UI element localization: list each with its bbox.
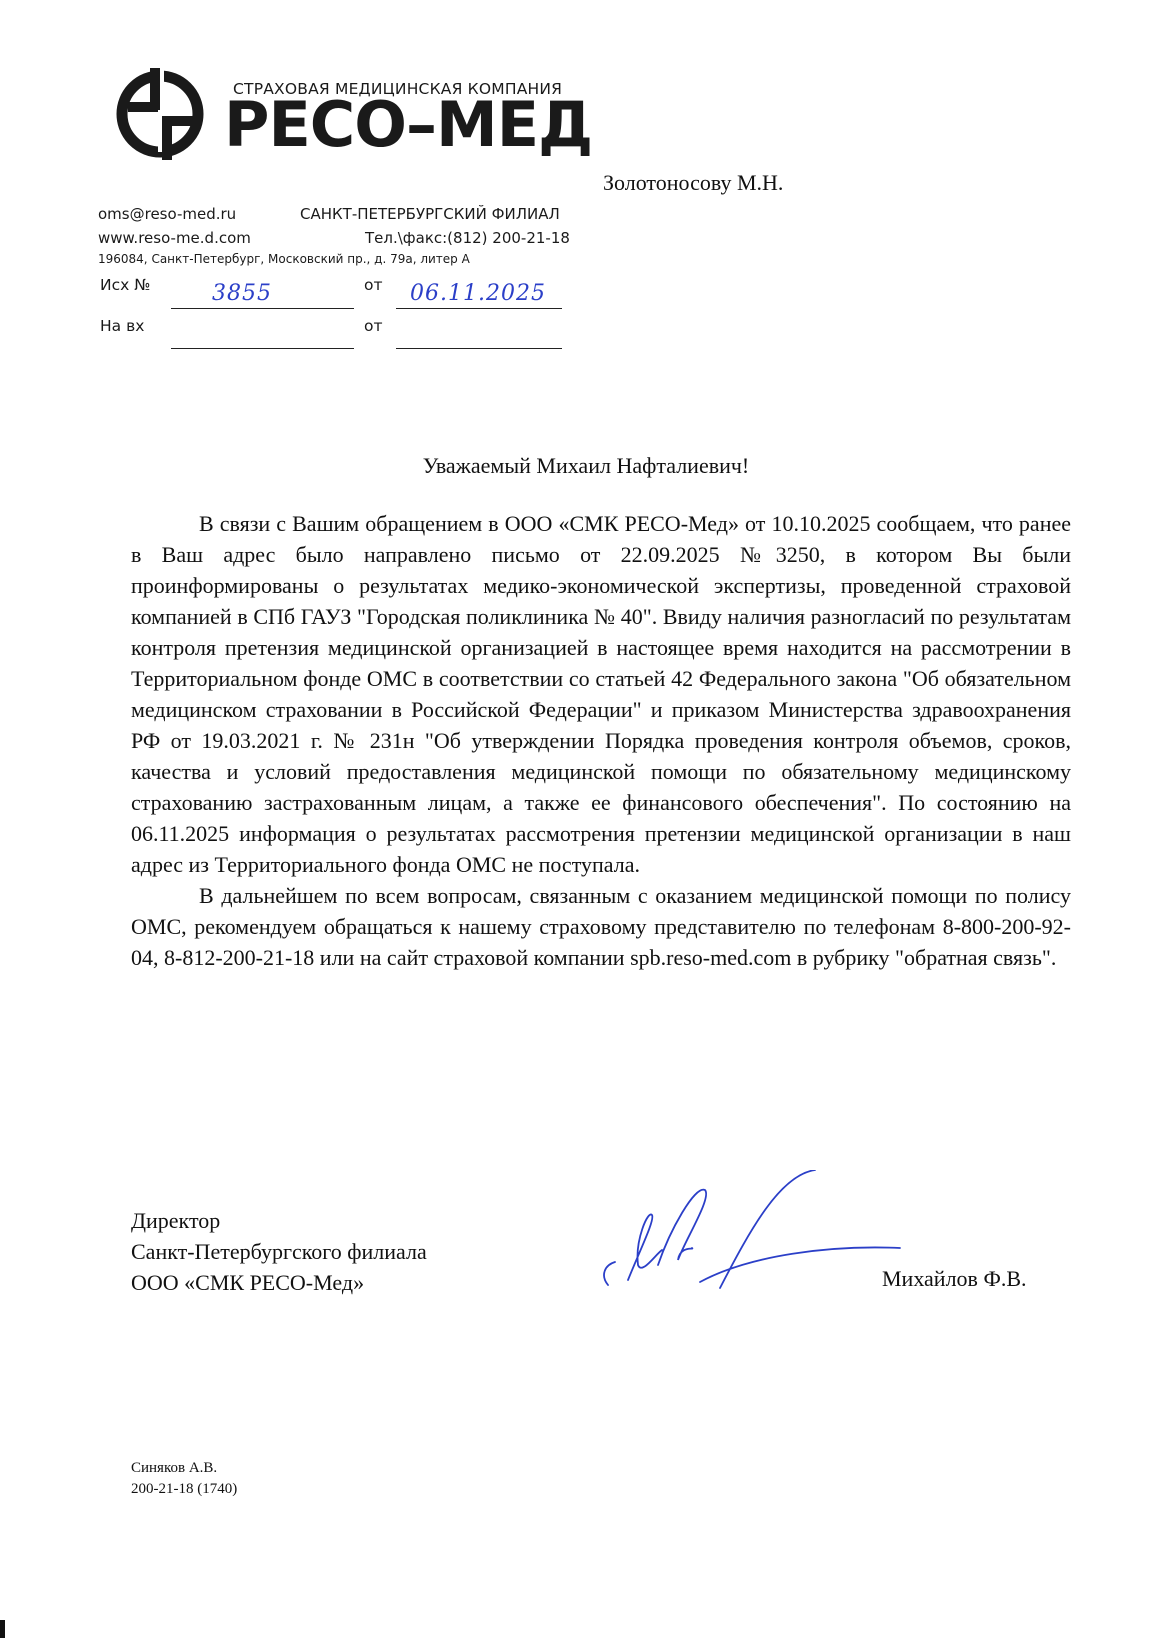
outgoing-number-label: Исх № [100, 276, 150, 294]
branch-name: САНКТ-ПЕТЕРБУРГСКИЙ ФИЛИАЛ [300, 205, 560, 223]
body-paragraph: В связи с Вашим обращением в ООО «СМК РЕ… [131, 508, 1071, 880]
letter-body: В связи с Вашим обращением в ООО «СМК РЕ… [131, 508, 1071, 973]
incoming-date-label: от [364, 317, 383, 335]
signatory-name: Михайлов Ф.В. [882, 1266, 1027, 1292]
handwritten-signature-icon [600, 1170, 920, 1290]
contact-phone: Тел.\факс:(812) 200-21-18 [365, 229, 570, 247]
contact-address: 196084, Санкт-Петербург, Московский пр.,… [98, 252, 470, 266]
outgoing-date-label: от [364, 276, 383, 294]
outgoing-date-line [396, 308, 562, 309]
outgoing-number-value: 3855 [212, 281, 272, 306]
reso-med-logo-icon [110, 64, 210, 164]
body-paragraph: В дальнейшем по всем вопросам, связанным… [131, 880, 1071, 973]
signatory-title-line: Директор [131, 1205, 427, 1236]
incoming-number-label: На вх [100, 317, 144, 335]
addressee: Золотоносову М.Н. [603, 170, 783, 196]
incoming-number-line [171, 348, 354, 349]
contact-email: oms@reso-med.ru [98, 205, 236, 223]
greeting-text: Уважаемый Михаил Нафталиевич! [423, 453, 750, 478]
executor-name: Синяков А.В. [131, 1458, 237, 1479]
executor-phone: 200-21-18 (1740) [131, 1479, 237, 1500]
outgoing-number-line [171, 308, 354, 309]
contact-website: www.reso-me.d.com [98, 229, 251, 247]
greeting: Уважаемый Михаил Нафталиевич! [0, 453, 1160, 479]
signatory-title-line: Санкт-Петербургского филиала [131, 1236, 427, 1267]
outgoing-date-value: 06.11.2025 [410, 281, 546, 306]
signatory-title-line: ООО «СМК РЕСО-Мед» [131, 1267, 427, 1298]
scan-edge-mark [0, 1620, 5, 1638]
signatory-title: Директор Санкт-Петербургского филиала ОО… [131, 1205, 427, 1298]
company-name: РЕСО–МЕД [224, 94, 592, 156]
executor-info: Синяков А.В. 200-21-18 (1740) [131, 1458, 237, 1500]
incoming-date-line [396, 348, 562, 349]
